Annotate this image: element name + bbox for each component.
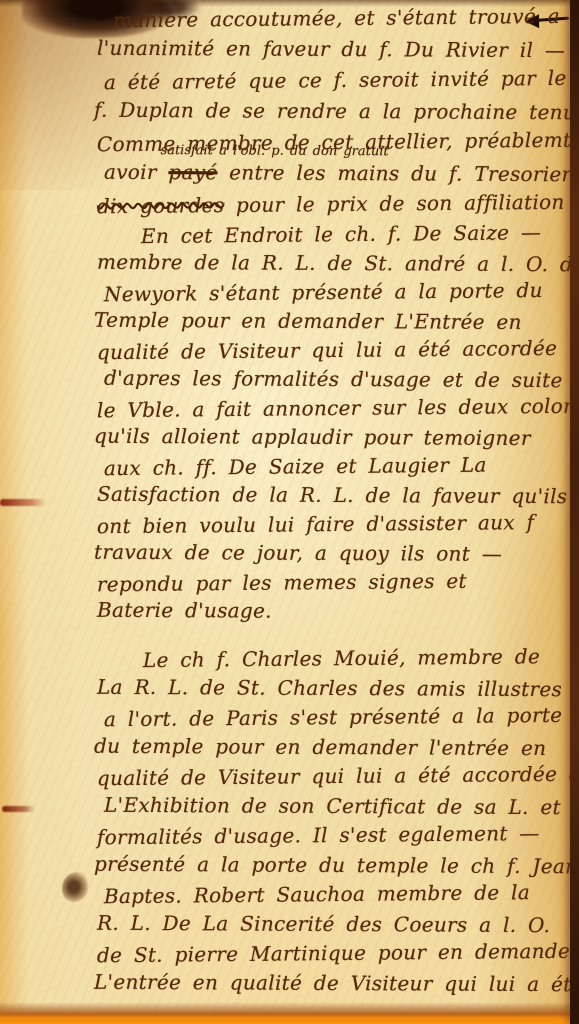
ink-smudge: [62, 872, 88, 902]
paragraph-1: maniere accoutumée, et s'étant trouvé a …: [97, 6, 575, 223]
manuscript-line-with-insertion: avoir payé satisfait a l'obl. p. du don …: [104, 160, 575, 193]
manuscript-line: formalités d'usage. Il s'est egalement —: [97, 821, 575, 855]
interline-insertion: satisfait a l'obl. p. du don gratuit: [161, 143, 389, 159]
manuscript-line: présenté a la porte du temple le ch f. J…: [94, 851, 575, 883]
page-edge-shadow: [570, 0, 579, 1024]
paragraph-2: En cet Endroit le ch. f. De Saize — memb…: [97, 222, 575, 628]
manuscript-line: d'apres les formalités d'usage et de sui…: [104, 366, 575, 397]
manuscript-line: Le ch f. Charles Mouié, membre de: [143, 644, 575, 678]
manuscript-line: En cet Endroit le ch. f. De Saize —: [141, 220, 575, 253]
correction-anchor: payé satisfait a l'obl. p. du don gratui…: [168, 160, 229, 184]
manuscript-line: a été arreté que ce f. seroit invité par…: [104, 66, 575, 102]
manuscript-line: maniere accoutumée, et s'étant trouvé a: [113, 4, 575, 39]
manuscript-line: aux ch. ff. De Saize et Laugier La: [104, 452, 575, 486]
manuscript-line: ont bien voulu lui faire d'assister aux …: [97, 510, 575, 544]
line-text: pour le prix de son affiliation: [236, 190, 565, 217]
manuscript-line: de St. pierre Martinique pour en demande…: [97, 939, 575, 973]
manuscript-line: membre de la R. L. de St. andré a l. O. …: [97, 250, 575, 282]
manuscript-line: Baterie d'usage.: [97, 598, 575, 630]
red-ink-dash-lower: [2, 806, 35, 812]
manuscript-line: R. L. De La Sincerité des Coeurs a l. O.: [97, 910, 575, 942]
manuscript-line: du temple pour en demander l'entrée en: [94, 733, 575, 765]
paragraph-3: Le ch f. Charles Mouié, membre de La R. …: [97, 646, 575, 1000]
manuscript-line: qualité de Visiteur qui lui a été accord…: [97, 762, 575, 796]
line-text: entre les mains du f. Tresorier: [229, 160, 571, 186]
manuscript-line: qu'ils alloient applaudir pour temoigner: [94, 424, 575, 456]
manuscript-line: L'Exhibition de son Certificat de sa L. …: [104, 792, 575, 824]
book-edge-strip: [0, 1002, 579, 1024]
line-text: avoir: [104, 160, 157, 184]
manuscript-line: travaux de ce jour, a quoy ils ont —: [94, 540, 575, 572]
manuscript-line: Baptes. Robert Sauchoa membre de la: [104, 880, 575, 914]
manuscript-line: f. Duplan de se rendre a la prochaine te…: [94, 98, 575, 132]
manuscript-page: maniere accoutumée, et s'étant trouvé a …: [0, 0, 579, 1024]
manuscript-line: l'unanimité en faveur du f. Du Rivier il…: [97, 36, 575, 70]
struck-words: dix gourdes: [97, 193, 225, 218]
manuscript-line: Newyork s'étant présenté a la porte du: [104, 278, 575, 312]
manuscript-line: qualité de Visiteur qui lui a été accord…: [97, 336, 575, 370]
manuscript-line: L'entrée en qualité de Visiteur qui lui …: [94, 969, 575, 1001]
manuscript-line: repondu par les memes signes et: [97, 568, 575, 602]
manuscript-line: Satisfaction de la R. L. de la faveur qu…: [97, 482, 575, 514]
red-ink-dash: [0, 499, 46, 506]
manuscript-line: La R. L. de St. Charles des amis illustr…: [97, 674, 575, 706]
manuscript-line: le Vble. a fait annoncer sur les deux co…: [97, 394, 575, 428]
struck-word: payé: [168, 160, 217, 184]
manuscript-line: Temple pour en demander L'Entrée en: [94, 308, 575, 340]
manuscript-line: a l'ort. de Paris s'est présenté a la po…: [104, 703, 575, 737]
